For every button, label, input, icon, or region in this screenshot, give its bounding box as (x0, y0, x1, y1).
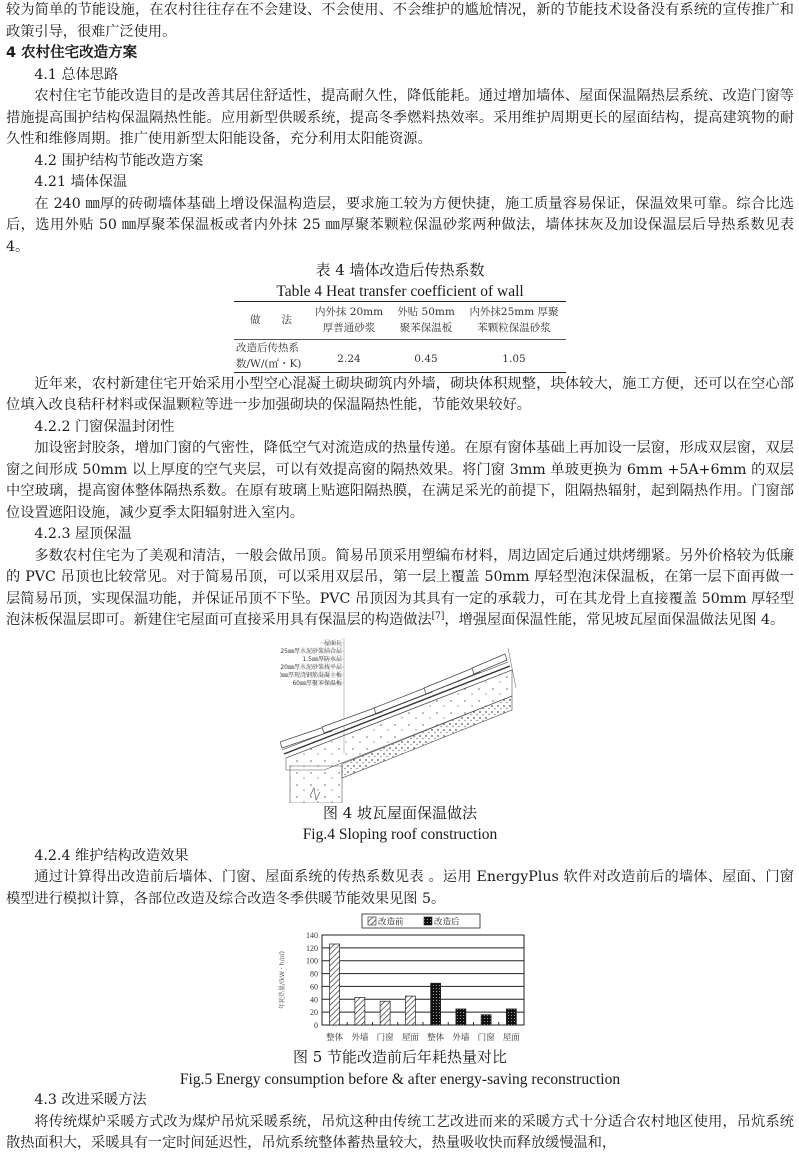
x-tick-label: 门窗 (377, 1032, 395, 1043)
y-tick-label: 0 (314, 1021, 318, 1030)
table-4-caption-cn: 表 4 墙体改造后传热系数 (6, 260, 794, 282)
x-tick-label: 屋面 (402, 1033, 420, 1043)
chart-bar (456, 1009, 466, 1025)
subheading-4-2-2: 4.2.2 门窗保温封闭性 (6, 417, 794, 439)
citation-ref: [7] (432, 611, 445, 621)
figure-4-caption-en: Fig.4 Sloping roof construction (6, 824, 794, 846)
paragraph-4-2-3: 多数农村住宅为了美观和清洁，一般会做吊顶。简易吊顶采用塑编布材料，周边固定后通过… (6, 546, 794, 632)
layer-label: 60㎜厚聚苯保温板 (292, 679, 342, 687)
figure-5-caption-cn: 图 5 节能改造前后年耗热量对比 (6, 1047, 794, 1069)
chart-bar (431, 983, 441, 1025)
paragraph-intro: 较为简单的节能设施，在农村往往存在不会建设、不会使用、不会维护的尴尬情况，新的节… (6, 0, 794, 43)
x-tick-label: 整体 (326, 1032, 344, 1043)
chart-bar (330, 944, 340, 1025)
table-cell-value: 1.05 (462, 339, 566, 372)
x-tick-label: 屋面 (503, 1033, 521, 1043)
chart-bar (355, 997, 365, 1025)
figure-5-bar-chart: 020406080100120140 整体外墙门窗屋面整体外墙门窗屋面 年耗热量… (270, 912, 530, 1047)
x-tick-label: 整体 (427, 1032, 445, 1043)
paragraph-4-2-2: 加设密封胶条，增加门窗的气密性，降低空气对流造成的热量传递。在原有窗体基础上再加… (6, 438, 794, 524)
subheading-4-2-4: 4.2.4 维护结构改造效果 (6, 846, 794, 868)
table-4: 做 法 内外抹 20mm 厚普通砂浆 外贴 50mm 聚苯保温板 内外抹25mm… (234, 301, 566, 373)
chart-legend: 改造前 改造后 (362, 914, 480, 928)
paragraph-4-2-4: 通过计算得出改造前后墙体、门窗、屋面系统的传热系数见表 。运用 EnergyPl… (6, 867, 794, 910)
table-header-col-3: 内外抹25mm 厚聚 苯颗粒保温砂浆 (462, 301, 566, 339)
subheading-4-2: 4.2 围护结构节能改造方案 (6, 151, 794, 173)
y-tick-label: 100 (306, 957, 318, 966)
subheading-4-3: 4.3 改进采暖方法 (6, 1090, 794, 1112)
y-tick-label: 40 (310, 995, 318, 1004)
figure-4-roof-diagram: 屋面瓦 25㎜厚水泥砂浆结合层 1.5㎜厚防水层 20㎜厚水泥砂浆找平层 60㎜… (280, 638, 520, 803)
y-tick-label: 60 (310, 982, 318, 991)
layer-label: 60㎜厚现浇钢筋混凝土板 (280, 671, 342, 679)
chart-bar (380, 1001, 390, 1025)
subheading-4-2-3: 4.2.3 屋顶保温 (6, 524, 794, 546)
y-tick-label: 140 (306, 931, 318, 940)
table-header-row: 做 法 内外抹 20mm 厚普通砂浆 外贴 50mm 聚苯保温板 内外抹25mm… (234, 301, 566, 339)
layer-label: 1.5㎜厚防水层 (302, 655, 342, 663)
legend-swatch-before (368, 917, 376, 925)
table-cell-value: 0.45 (390, 339, 462, 372)
y-tick-label: 120 (306, 944, 318, 953)
legend-label-before: 改造前 (378, 917, 404, 928)
layer-label: 25㎜厚水泥砂浆结合层 (280, 647, 342, 655)
legend-swatch-after (424, 917, 432, 925)
layer-label: 20㎜厚水泥砂浆找平层 (280, 663, 342, 671)
chart-bar (481, 1015, 491, 1025)
table-4-wrapper: 做 法 内外抹 20mm 厚普通砂浆 外贴 50mm 聚苯保温板 内外抹25mm… (6, 301, 794, 373)
y-tick-label: 80 (310, 970, 318, 979)
y-tick-label: 20 (310, 1008, 318, 1017)
table-header-method: 做 法 (234, 301, 308, 339)
y-axis-label: 年耗热量/(kW・h/㎡) (278, 951, 286, 1009)
legend-label-after: 改造后 (434, 917, 460, 928)
table-row-label: 改造后传热系 数/W/(㎡・K) (234, 339, 308, 372)
table-header-col-2: 外贴 50mm 聚苯保温板 (390, 301, 462, 339)
paper-page: 较为简单的节能设施，在农村往往存在不会建设、不会使用、不会维护的尴尬情况，新的节… (6, 0, 794, 1155)
table-row: 改造后传热系 数/W/(㎡・K) 2.24 0.45 1.05 (234, 339, 566, 372)
section-heading-4: 4 农村住宅改造方案 (6, 43, 794, 65)
subheading-4-1: 4.1 总体思路 (6, 65, 794, 87)
chart-bar (506, 1009, 516, 1025)
table-header-col-1: 内外抹 20mm 厚普通砂浆 (308, 301, 390, 339)
paragraph-4-2-1-b: 近年来，农村新建住宅开始采用小型空心混凝土砌块砌筑内外墙，砌块体积规整，块体较大… (6, 374, 794, 417)
layer-label: 屋面瓦 (324, 639, 342, 647)
paragraph-4-2-1: 在 240 ㎜厚的砖砌墙体基础上增设保温构造层，要求施工较为方便快捷，施工质量容… (6, 194, 794, 259)
x-tick-label: 外墙 (452, 1032, 470, 1043)
chart-bar (405, 996, 415, 1025)
table-4-caption-en: Table 4 Heat transfer coefficient of wal… (6, 282, 794, 301)
x-tick-label: 门窗 (478, 1032, 496, 1043)
x-tick-label: 外墙 (351, 1032, 369, 1043)
paragraph-4-1: 农村住宅节能改造目的是改善其居住舒适性，提高耐久性，降低能耗。通过增加墙体、屋面… (6, 86, 794, 151)
subheading-4-2-1: 4.21 墙体保温 (6, 172, 794, 194)
figure-5-caption-en: Fig.5 Energy consumption before & after … (6, 1069, 794, 1091)
paragraph-4-3: 将传统煤炉采暖方式改为煤炉吊炕采暖系统，吊炕这种由传统工艺改进而来的采暖方式十分… (6, 1112, 794, 1155)
table-cell-value: 2.24 (308, 339, 390, 372)
figure-4-caption-cn: 图 4 坡瓦屋面保温做法 (6, 803, 794, 825)
